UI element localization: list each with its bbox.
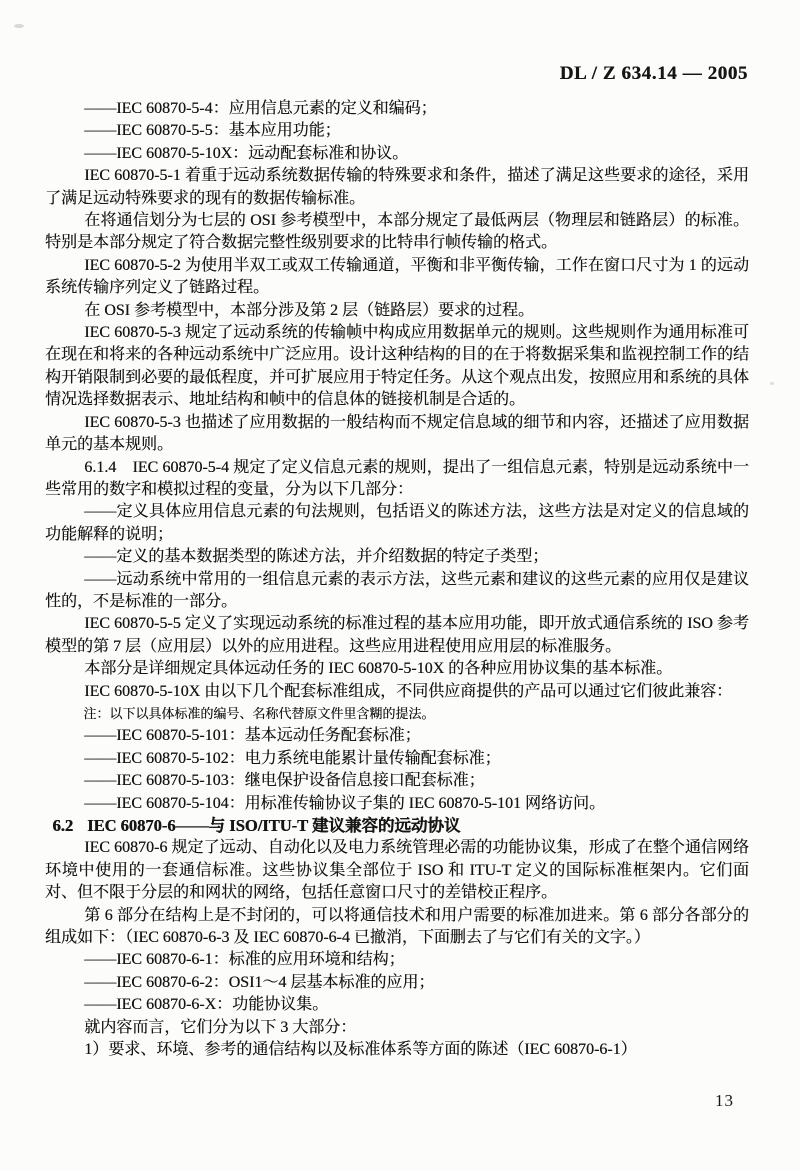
paragraph: 就内容而言，它们分为以下 3 大部分：	[45, 1017, 749, 1039]
section-title: IEC 60870-6——与 ISO/ITU-T 建议兼容的远动协议	[87, 816, 460, 835]
document-page: DL / Z 634.14 — 2005 ——IEC 60870-5-4：应用信…	[0, 0, 800, 1171]
section-heading: 6.2IEC 60870-6——与 ISO/ITU-T 建议兼容的远动协议	[45, 815, 749, 837]
paragraph: IEC 60870-5-10X 由以下几个配套标准组成，不同供应商提供的产品可以…	[45, 681, 749, 703]
paragraph: 本部分是详细规定具体远动任务的 IEC 60870-5-10X 的各种应用协议集…	[45, 658, 749, 680]
scan-smudge	[14, 24, 24, 28]
running-header: DL / Z 634.14 — 2005	[560, 63, 748, 85]
list-item: ——IEC 60870-5-5：基本应用功能；	[45, 120, 749, 142]
list-item: ——IEC 60870-5-104：用标准传输协议子集的 IEC 60870-5…	[45, 793, 749, 815]
paragraph: 在 OSI 参考模型中，本部分涉及第 2 层（链路层）要求的过程。	[45, 300, 749, 322]
section-number: 6.2	[52, 816, 73, 835]
paragraph: IEC 60870-5-5 定义了实现远动系统的标准过程的基本应用功能，即开放式…	[45, 613, 749, 658]
list-item: ——IEC 60870-5-10X：远动配套标准和协议。	[45, 143, 749, 165]
list-item: ——IEC 60870-6-1：标准的应用环境和结构；	[45, 949, 749, 971]
list-item: ——IEC 60870-5-4：应用信息元素的定义和编码；	[45, 98, 749, 120]
page-number: 13	[715, 1091, 734, 1110]
list-item: ——IEC 60870-5-103：继电保护设备信息接口配套标准；	[45, 770, 749, 792]
list-item: ——IEC 60870-6-2：OSI1～4 层基本标准的应用；	[45, 972, 749, 994]
paragraph: 1）要求、环境、参考的通信结构以及标准体系等方面的陈述（IEC 60870-6-…	[45, 1039, 749, 1061]
list-item: ——IEC 60870-5-101：基本远动任务配套标准；	[45, 725, 749, 747]
paragraph: IEC 60870-5-3 规定了远动系统的传输帧中构成应用数据单元的规则。这些…	[45, 322, 749, 412]
list-item: ——定义的基本数据类型的陈述方法，并介绍数据的特定子类型；	[45, 546, 749, 568]
list-item: ——远动系统中常用的一组信息元素的表示方法，这些元素和建议的这些元素的应用仅是建…	[45, 569, 749, 614]
paragraph: 在将通信划分为七层的 OSI 参考模型中，本部分规定了最低两层（物理层和链路层）…	[45, 210, 749, 255]
paragraph: IEC 60870-5-1 着重于远动系统数据传输的特殊要求和条件，描述了满足这…	[45, 165, 749, 210]
list-item: ——定义具体应用信息元素的句法规则，包括语义的陈述方法，这些方法是对定义的信息域…	[45, 501, 749, 546]
paragraph: IEC 60870-5-3 也描述了应用数据的一般结构而不规定信息域的细节和内容…	[45, 412, 749, 457]
paragraph: IEC 60870-6 规定了远动、自动化以及电力系统管理必需的功能协议集，形成…	[45, 837, 749, 904]
paragraph: 第 6 部分在结构上是不封闭的，可以将通信技术和用户需要的标准加进来。第 6 部…	[45, 905, 749, 950]
list-item: ——IEC 60870-5-102：电力系统电能累计量传输配套标准；	[45, 748, 749, 770]
page-footer: 13	[715, 1091, 734, 1111]
paragraph: 6.1.4 IEC 60870-5-4 规定了定义信息元素的规则，提出了一组信息…	[45, 457, 749, 502]
note: 注：以下以具体标准的编号、名称代替原文件里含糊的提法。	[45, 703, 749, 725]
standard-number: DL / Z 634.14 — 2005	[560, 63, 748, 84]
paragraph: IEC 60870-5-2 为使用半双工或双工传输通道，平衡和非平衡传输，工作在…	[45, 255, 749, 300]
scan-smudge	[770, 382, 774, 385]
list-item: ——IEC 60870-6-X：功能协议集。	[45, 994, 749, 1016]
document-body: ——IEC 60870-5-4：应用信息元素的定义和编码；——IEC 60870…	[45, 98, 749, 1061]
